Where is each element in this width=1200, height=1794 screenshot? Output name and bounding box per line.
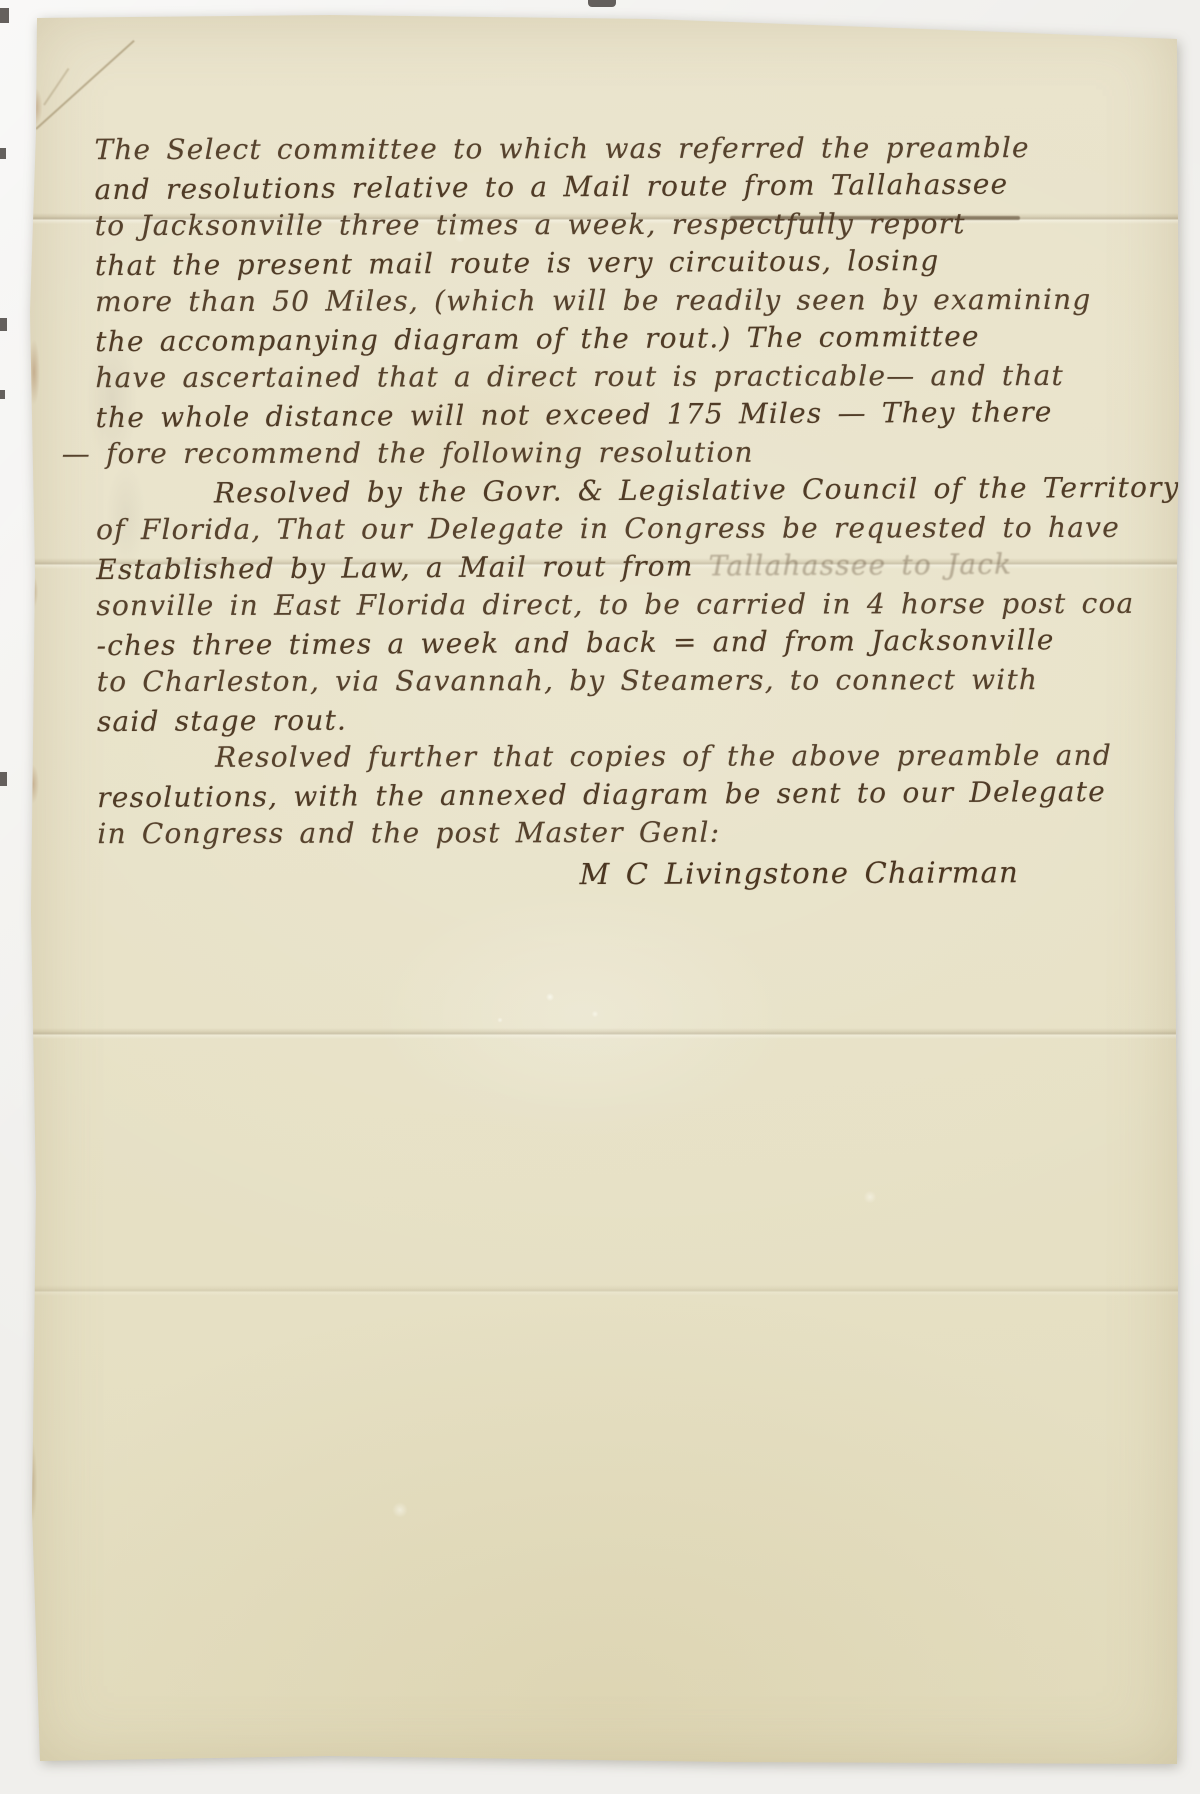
line-text: Established by Law, a Mail rout from: [96, 549, 709, 586]
manuscript-line: -ches three times a week and back = and …: [96, 621, 1126, 665]
manuscript-line: the accompanying diagram of the rout.) T…: [95, 317, 1125, 361]
manuscript-line: to Charleston, via Savannah, by Steamers…: [97, 661, 1127, 701]
corner-fold-crease: [43, 68, 69, 106]
corner-fold-crease: [35, 40, 134, 130]
manuscript-line: to Jacksonville three times a week, resp…: [95, 205, 1125, 245]
manuscript-line: the whole distance will not exceed 175 M…: [95, 393, 1125, 437]
manuscript-line-resolved: Resolved by the Govr. & Legislative Coun…: [214, 469, 1126, 513]
document-page: The Select committee to which was referr…: [30, 12, 1180, 1770]
fold-crease: [30, 1285, 1180, 1296]
manuscript-line: sonville in East Florida direct, to be c…: [96, 585, 1126, 625]
signature-line: M C Livingstone Chairman: [579, 852, 1127, 894]
manuscript-line: in Congress and the post Master Genl:: [97, 813, 1127, 853]
manuscript-line: and resolutions relative to a Mail route…: [94, 165, 1124, 209]
manuscript-line-resolved-further: Resolved further that copies of the abov…: [215, 737, 1127, 777]
manuscript-text-block: The Select committee to which was referr…: [94, 128, 1127, 896]
manuscript-line: The Select committee to which was referr…: [94, 129, 1124, 169]
manuscript-line: said stage rout.: [97, 697, 1127, 741]
manuscript-line: Established by Law, a Mail rout from Tal…: [96, 545, 1126, 589]
manuscript-line: of Florida, That our Delegate in Congres…: [96, 509, 1126, 549]
manuscript-line: that the present mail route is very circ…: [95, 241, 1125, 285]
fold-crease: [30, 1028, 1180, 1039]
manuscript-line: more than 50 Miles, (which will be readi…: [95, 281, 1125, 321]
manuscript-line: have ascertained that a direct rout is p…: [95, 357, 1125, 397]
faded-line-text: Tallahassee to Jack: [709, 548, 1013, 583]
manuscript-line: — fore recommend the following resolutio…: [62, 433, 1126, 473]
manuscript-line: resolutions, with the annexed diagram be…: [97, 773, 1127, 817]
document-page-wrapper: The Select committee to which was referr…: [30, 12, 1180, 1770]
